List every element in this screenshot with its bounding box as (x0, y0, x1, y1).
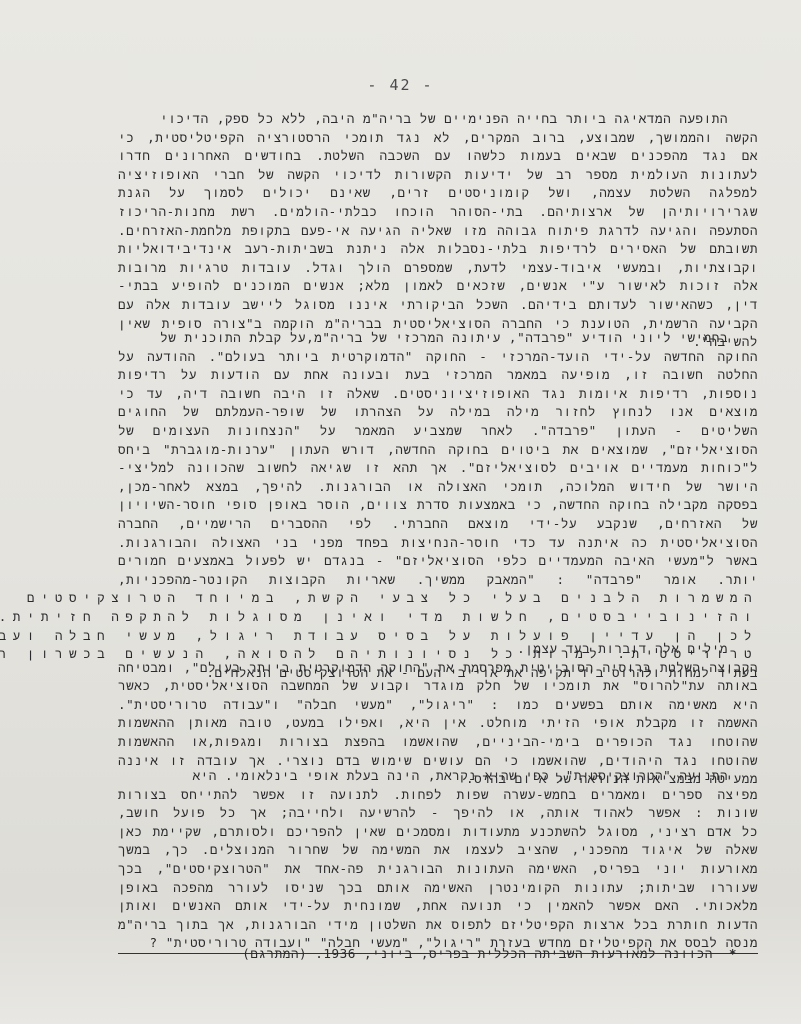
text-line: היא מאשימה אותם בפשעים כמו : "ריגול", "מ… (118, 696, 758, 715)
text-line: מפיצה ספרים ומאמרים בחמש-עשרה שפות לפחות… (118, 786, 758, 805)
page-number: - 42 - (0, 76, 801, 94)
text-line: מילים אלה דוברות בעד עצמן. (118, 640, 758, 659)
text-line: החלטה חשובה זו, מופיעה במאמר המרכזי בעת … (118, 366, 758, 385)
text-line: יותר. אומר "פרבדה" : "המאבק ממשיך. שאריו… (118, 571, 758, 590)
paragraph-4: התנועה "הטרוצקיסטית", כפי שהיא נקראת, הי… (118, 767, 758, 954)
text-line: וקבוצתיות, ובמעשי איבוד-עצמי לדעת, שמספר… (118, 259, 758, 278)
text-line: התנועה "הטרוצקיסטית", כפי שהיא נקראת, הי… (118, 767, 758, 786)
text-line: השליטים - העתון "פרבדה". לאחר שמצביע המא… (118, 422, 758, 441)
text-line: תשובתם של האסירים לרדיפות בלתי-נסבלות אל… (118, 240, 758, 259)
footnote-text: הכוונה למאורעות השביתה הכללית בפריס, ביו… (242, 946, 713, 961)
text-line: אם נגד מהפכנים שבאים בעמות כלשהו עם השכב… (118, 147, 758, 166)
text-line: שגרירויותיהן של ארצותיהם. בתי-הסוהר הוכח… (118, 203, 758, 222)
text-line: הסוציאליזם", שמוצאים את ביטוים בחוקה החד… (118, 441, 758, 460)
text-line: האשמה זו מקבלת אופי הזיתי מוחלט. אין היא… (118, 714, 758, 733)
paragraph-1: התופעה המדאיגה ביותר בחייה הפנימיים של ב… (118, 110, 758, 352)
text-line: אלה זוכות לאישור ע"י אנשים, שזכאים לאמון… (118, 277, 758, 296)
footnote-marker-icon: * (721, 946, 745, 961)
text-line: מלאכותי. האם אפשר להאמין כי תנועה אחת, ש… (118, 897, 758, 916)
text-line: הדעות חותרת בכל ארצות הקפיטליזם לתפוס את… (118, 916, 758, 935)
text-line: מוצאים אנו לנחוץ לחזור מילה במילה על הצה… (118, 403, 758, 422)
text-line: בפסקה מקבילה בחוקה החדשה, כי באמצעות סדר… (118, 496, 758, 515)
text-line: שעוררו שביתות; עתונות הקומינטרן האשימה א… (118, 879, 758, 898)
text-line: שאלה של איגוד מהפכני, שהציב לעצמו את המש… (118, 841, 758, 860)
text-line: התופעה המדאיגה ביותר בחייה הפנימיים של ב… (118, 110, 758, 129)
text-line: הקשה והממושך, שמבוצע, ברוב המקרים, לא נג… (118, 129, 758, 148)
paragraph-2: בחמישי ליוני הודיע "פרבדה", עיתונה המרכז… (118, 329, 758, 682)
text-line: והזינובייבסטים, חלשות מדי ואינן מסוגלות … (118, 608, 758, 627)
text-line: כל אדם רציני, מסוגל להשתכנע מתעודות ומסמ… (118, 823, 758, 842)
text-line: החוקה החדשה על-ידי הועד-המרכזי - החוקה "… (118, 348, 758, 367)
text-line: באותה עת"להרוס" את תומכיו של חלק מוגדר ו… (118, 677, 758, 696)
text-line: בחמישי ליוני הודיע "פרבדה", עיתונה המרכז… (118, 329, 758, 348)
text-line: מאורעות יוני בפריס, האשימה העתונות הבורג… (118, 860, 758, 879)
text-line: היושר של חידוש המלוכה, תומכי האצולה או ה… (118, 478, 758, 497)
text-line: נוספות, רדיפות איומות נגד האופוזיציוניסט… (118, 385, 758, 404)
text-line: לעתונות העולמית מספר רב של ידיעות הקשורו… (118, 166, 758, 185)
text-line: ל"כוחות מעמדיים אויבים לסוציאליזם". אך ת… (118, 459, 758, 478)
document-page: - 42 - התופעה המדאיגה ביותר בחייה הפנימי… (0, 0, 801, 1024)
text-line: דין, כשהאישור לעדותם בידיהם. השכל הביקור… (118, 296, 758, 315)
text-line: של האזרחים, שנקבע על-ידי מוצאם החברתי. ל… (118, 515, 758, 534)
text-line: הסתעפה והגיעה לדרגת פיתוח גבוהה מזו שאלי… (118, 222, 758, 241)
text-line: למפלגה השלטת עצמה, ושל קומוניסטים זרים, … (118, 184, 758, 203)
text-line: באשר ל"מעשי האיבה המעמדיים כלפי הסוציאלי… (118, 552, 758, 571)
text-line: שהוטחו נגד הכופרים בימי-הביניים, שהואשמו… (118, 733, 758, 752)
text-line: הסוציאליסטית כה איתנה עד כדי חוסר-הנחיצו… (118, 534, 758, 553)
text-line: שונות : אפשר לאהוד אותה, או להיפך - להרש… (118, 804, 758, 823)
text-line: המשמרות הלבנים בעלי כל צבעי הקשת, במיוחד… (118, 589, 758, 608)
footnote: * הכוונה למאורעות השביתה הכללית בפריס, ב… (45, 946, 745, 962)
text-line: הקבוצה השלטת ברוסיה הסובייטית מפרסמת את … (118, 659, 758, 678)
